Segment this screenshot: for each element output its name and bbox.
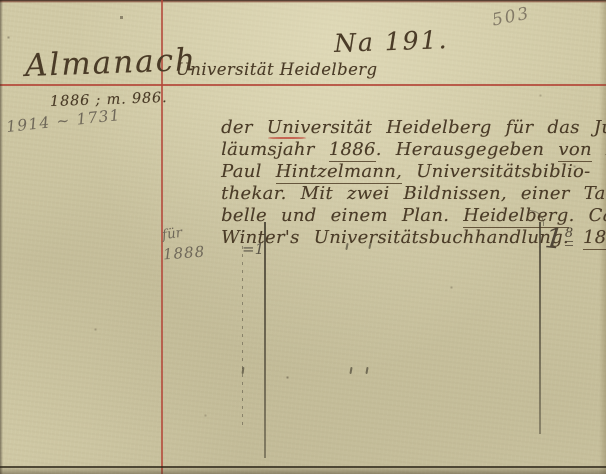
double-stroke-mark — [565, 241, 573, 246]
archive-number: 503 — [490, 4, 532, 31]
bottom-edge-shadow — [0, 466, 606, 474]
paper-speckles — [0, 0, 1, 1]
reference-pencil-note: 1914 ~ 1731 — [5, 106, 121, 136]
text-segment-underlined: 1886 — [583, 227, 606, 250]
left-edge-shadow — [0, 0, 3, 474]
horizontal-red-rule — [0, 84, 606, 86]
pencil-tick — [349, 367, 352, 374]
pencil-tick — [242, 367, 245, 374]
text-segment: Winter's Universitätsbuchhandlung. — [221, 227, 583, 248]
price-main-digit: 1 — [544, 224, 565, 254]
top-edge-shadow — [0, 0, 606, 3]
catalog-card: 503 Na 191. Almanach 1886 ; m. 986. 1914… — [0, 0, 606, 474]
pencil-tick — [365, 367, 368, 374]
fuer-annotation: für — [161, 225, 183, 244]
subject-heading: Universität Heidelberg — [176, 60, 377, 79]
body-line-6: Winter's Universitätsbuchhandlung. 1886. — [165, 205, 605, 271]
shelfmark: Na 191. — [334, 25, 449, 58]
year-annotation: 1888 — [162, 243, 205, 264]
count-mark: =1 — [242, 240, 264, 258]
price-mark: 1 8 — [545, 225, 573, 253]
heading-almanach: Almanach — [24, 42, 197, 84]
price-superscript-digit: 8 — [565, 227, 573, 240]
